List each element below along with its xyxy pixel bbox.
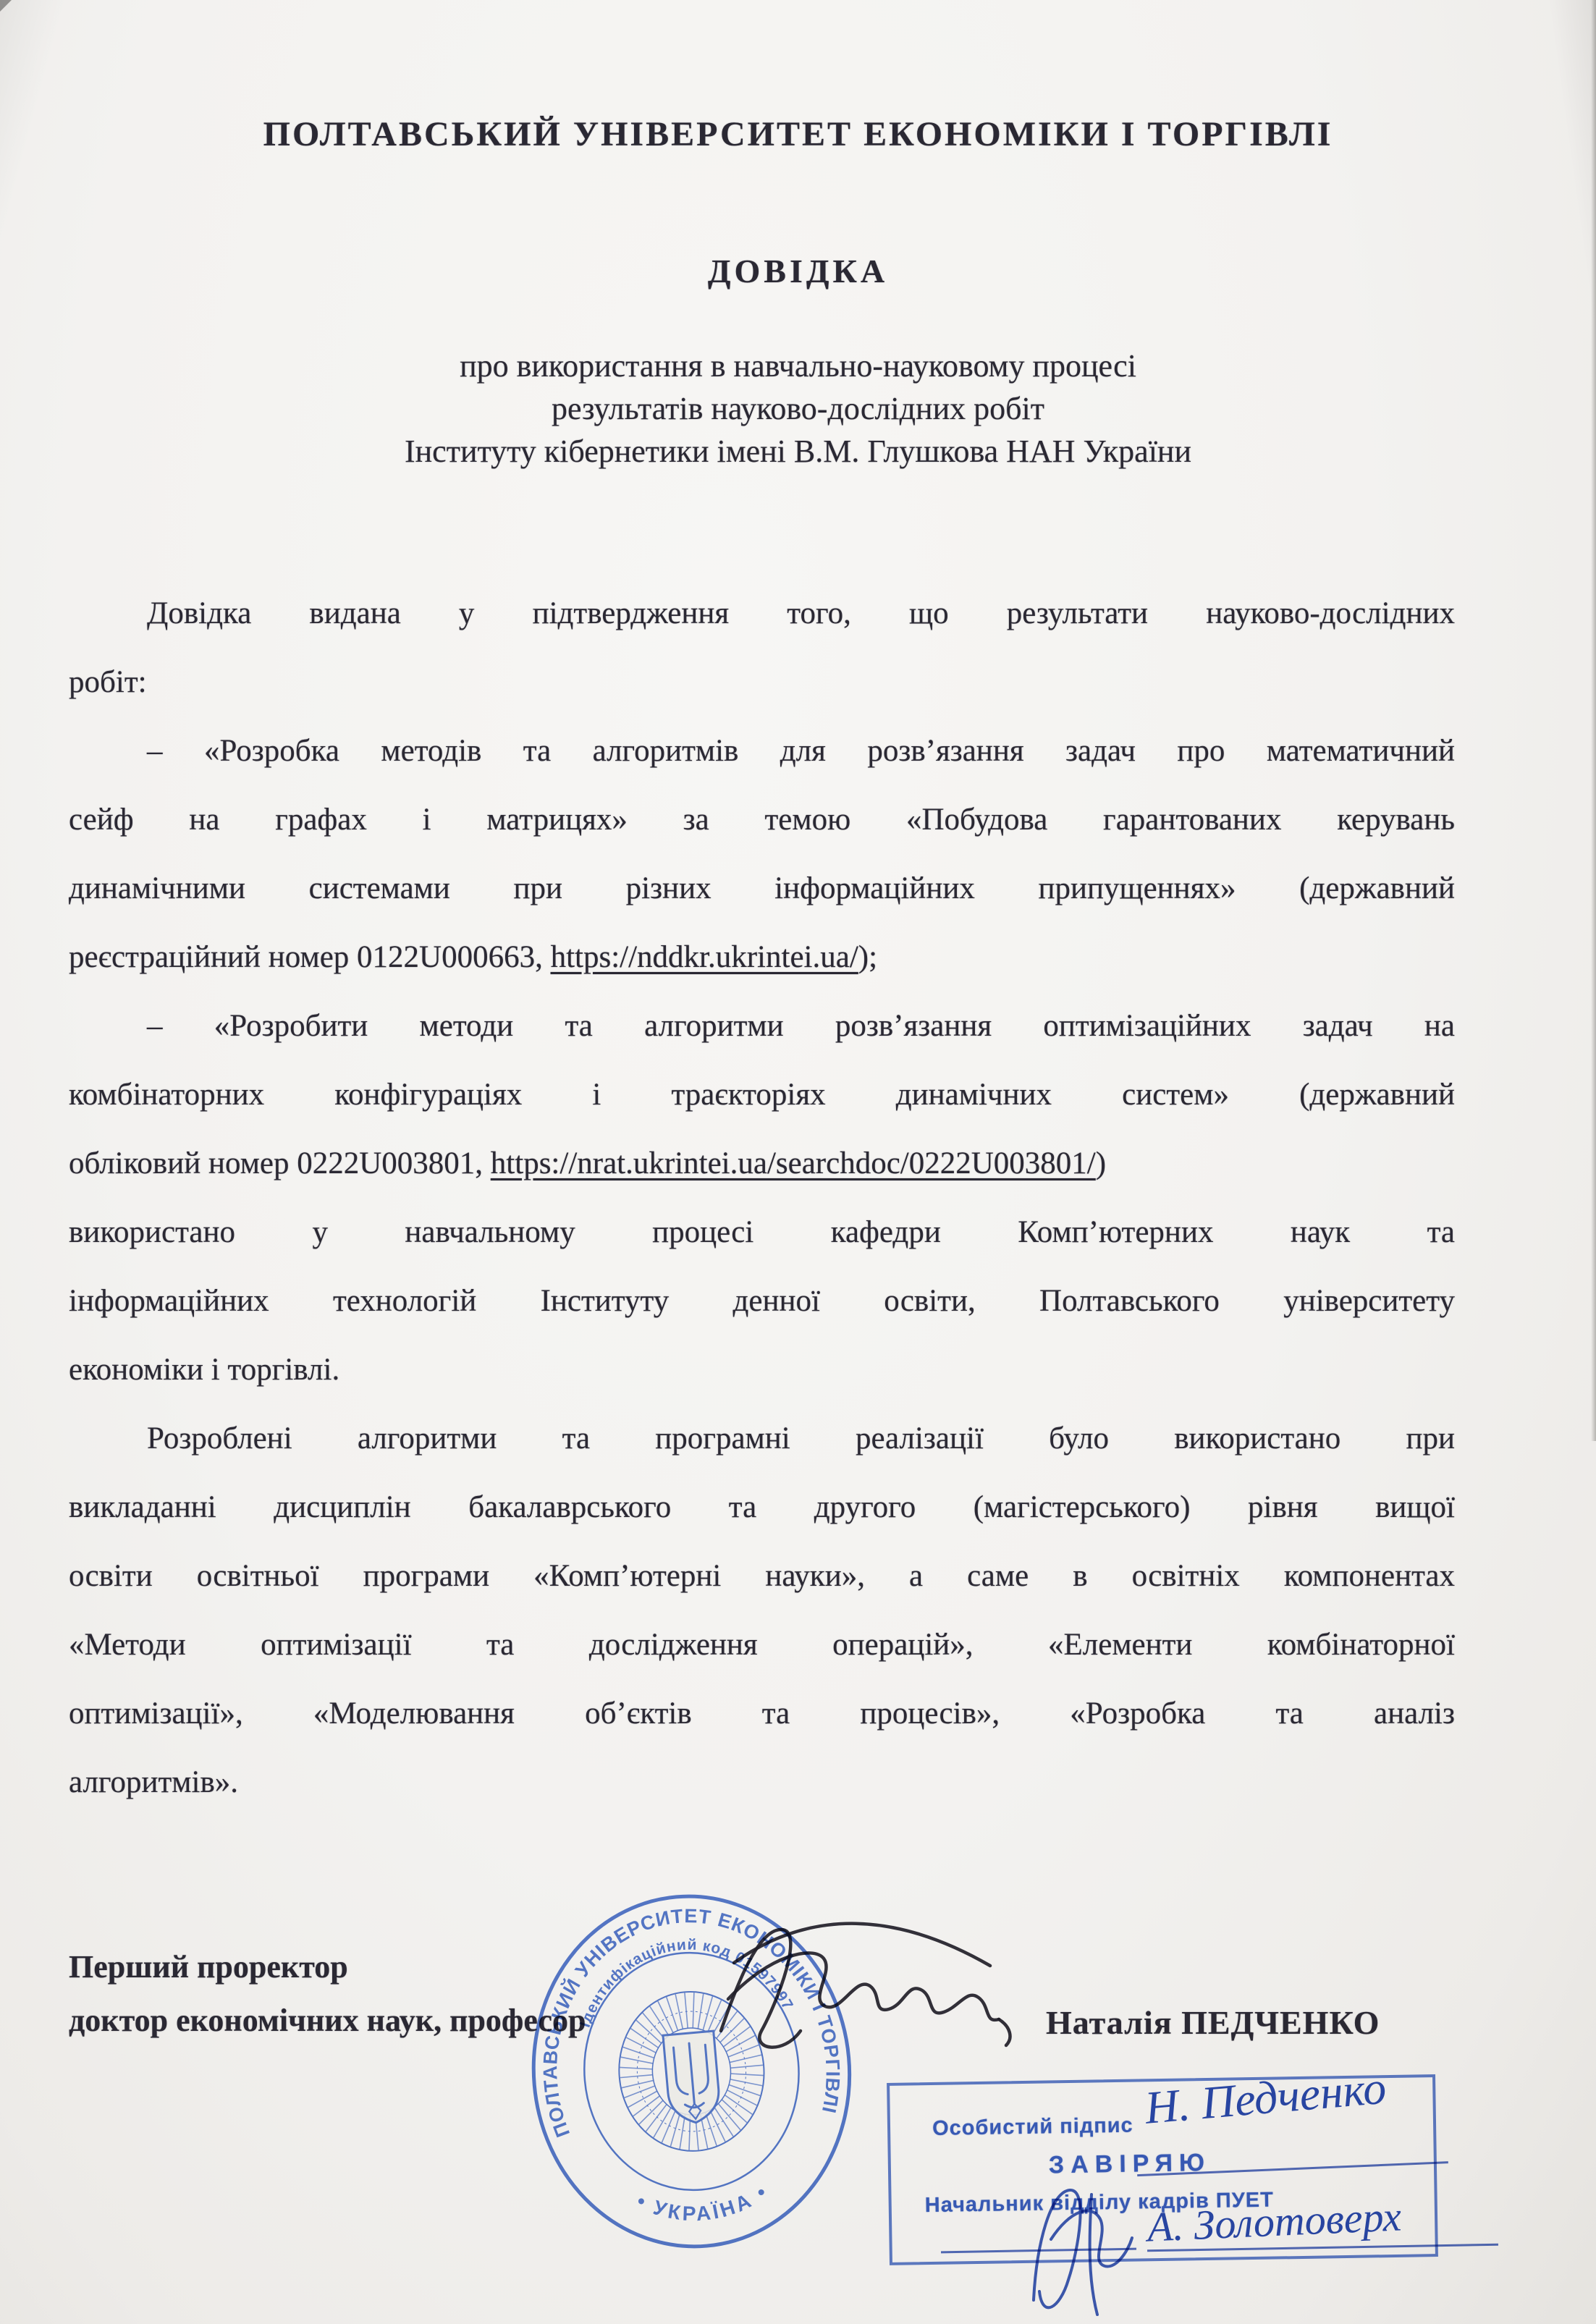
body-line: Довідка видана у підтвердження того, що … <box>69 579 1455 648</box>
stamp-ray <box>690 1993 697 2028</box>
text-segment: оптимізації», «Моделювання об’єктів та п… <box>69 1696 1455 1731</box>
stamp-ray <box>627 2091 658 2107</box>
body-line: «Методи оптимізації та дослідження опера… <box>69 1610 1455 1679</box>
stamp-ray <box>675 1994 683 2029</box>
body-line: освіти освітньої програми «Комп’ютерні н… <box>69 1542 1455 1610</box>
certify-word: ЗАВІРЯЮ <box>1049 2149 1212 2180</box>
stamp-country-text: • УКРАЇНА • <box>632 2179 775 2231</box>
text-segment: використано у навчальному процесі кафедр… <box>69 1215 1455 1249</box>
text-segment: економіки і торгівлі. <box>69 1353 339 1387</box>
text-segment: інформаційних технологій Інституту денно… <box>69 1284 1455 1318</box>
pedchenko-handwritten-signature: Н. Педченко <box>1143 2061 1388 2135</box>
university-round-stamp: ПОЛТАВСЬКИЙ УНІВЕРСИТЕТ ЕКОНОМІКИ І ТОРГ… <box>486 1849 897 2286</box>
stamp-ray <box>659 2110 678 2142</box>
subtitle-line: Інституту кібернетики імені В.М. Глушков… <box>0 430 1596 473</box>
body-line: динамічними системами при різних інформа… <box>69 854 1455 923</box>
subtitle-line: результатів науково-дослідних робіт <box>0 387 1596 430</box>
text-segment: «Методи оптимізації та дослідження опера… <box>69 1628 1455 1662</box>
body-line: комбінаторних конфігураціях і траєкторія… <box>69 1060 1455 1129</box>
body-line: оптимізації», «Моделювання об’єктів та п… <box>69 1679 1455 1748</box>
text-segment: ) <box>1096 1146 1106 1180</box>
url-text: https://nrat.ukrintei.ua/searchdoc/0222U… <box>491 1146 1096 1180</box>
university-name: ПОЛТАВСЬКИЙ УНІВЕРСИТЕТ ЕКОНОМІКИ І ТОРГ… <box>0 114 1596 154</box>
url-text: https://nddkr.ukrintei.ua/ <box>551 940 858 974</box>
stamp-ray <box>620 2064 652 2071</box>
text-segment: викладанні дисциплін бакалаврського та д… <box>69 1490 1455 1524</box>
text-segment: алгоритмів». <box>69 1765 238 1799</box>
document-type-title: ДОВІДКА <box>0 252 1596 290</box>
stamp-ray <box>620 2075 653 2078</box>
text-segment: – «Розробити методи та алгоритми розв’яз… <box>147 1009 1455 1043</box>
document-body: Довідка видана у підтвердження того, що … <box>69 579 1455 1817</box>
text-segment: Довідка видана у підтвердження того, що … <box>147 596 1455 630</box>
text-segment: освіти освітньої програми «Комп’ютерні н… <box>69 1559 1455 1593</box>
stamp-ray <box>621 2080 654 2087</box>
body-line: викладанні дисциплін бакалаврського та д… <box>69 1473 1455 1542</box>
stamp-ray <box>658 2000 673 2034</box>
body-line: робіт: <box>69 648 1455 717</box>
svg-text:• УКРАЇНА •: • УКРАЇНА • <box>632 2179 775 2231</box>
stamp-ray <box>705 2000 724 2032</box>
text-segment: – «Розробка методів та алгоритмів для ро… <box>147 734 1455 768</box>
text-segment: обліковий номер 0222U003801, <box>69 1146 491 1180</box>
stamp-ray <box>710 2109 725 2143</box>
stamp-ray <box>685 1993 688 2028</box>
body-line: – «Розробити методи та алгоритми розв’яз… <box>69 992 1455 1060</box>
text-segment: динамічними системами при різних інформа… <box>69 871 1455 905</box>
signer-position-line1: Перший проректор <box>69 1948 348 1985</box>
stamp-ray <box>725 2035 756 2051</box>
signer-name: Наталія ПЕДЧЕНКО <box>1046 2003 1380 2042</box>
document-subtitle: про використання в навчально-науковому п… <box>0 345 1596 473</box>
body-line: обліковий номер 0222U003801, https://nra… <box>69 1129 1455 1198</box>
stamp-ray <box>626 2035 656 2055</box>
body-line: алгоритмів». <box>69 1748 1455 1817</box>
body-line: інформаційних технологій Інституту денно… <box>69 1267 1455 1335</box>
personal-signature-label: Особистий підпис <box>932 2114 1133 2141</box>
stamp-ray <box>730 2071 763 2078</box>
body-line: економіки і торгівлі. <box>69 1335 1455 1404</box>
photo-edge-shadow <box>1591 0 1596 1441</box>
scanned-document-sheet: ПОЛТАВСЬКИЙ УНІВЕРСИТЕТ ЕКОНОМІКИ І ТОРГ… <box>0 0 1596 2324</box>
photo-corner-shadow <box>0 0 12 12</box>
text-segment: Розроблені алгоритми та програмні реаліз… <box>147 1421 1455 1455</box>
body-line: – «Розробка методів та алгоритмів для ро… <box>69 717 1455 785</box>
text-segment: реєстраційний номер 0122U000663, <box>69 940 551 974</box>
text-segment: комбінаторних конфігураціях і траєкторія… <box>69 1078 1455 1112</box>
text-segment: робіт: <box>69 665 147 699</box>
stamp-ray <box>727 2087 757 2108</box>
subtitle-line: про використання в навчально-науковому п… <box>0 345 1596 387</box>
body-line: реєстраційний номер 0122U000663, https:/… <box>69 923 1455 992</box>
stamp-ray <box>729 2055 761 2062</box>
text-segment: ); <box>858 940 877 974</box>
stamp-ray <box>730 2065 763 2068</box>
body-line: використано у навчальному процесі кафедр… <box>69 1198 1455 1267</box>
text-segment: сейф на графах і матрицях» за темою «Поб… <box>69 803 1455 837</box>
stamp-ray <box>727 2045 759 2057</box>
body-line: Розроблені алгоритми та програмні реаліз… <box>69 1404 1455 1473</box>
body-line: сейф на графах і матрицях» за темою «Поб… <box>69 785 1455 854</box>
